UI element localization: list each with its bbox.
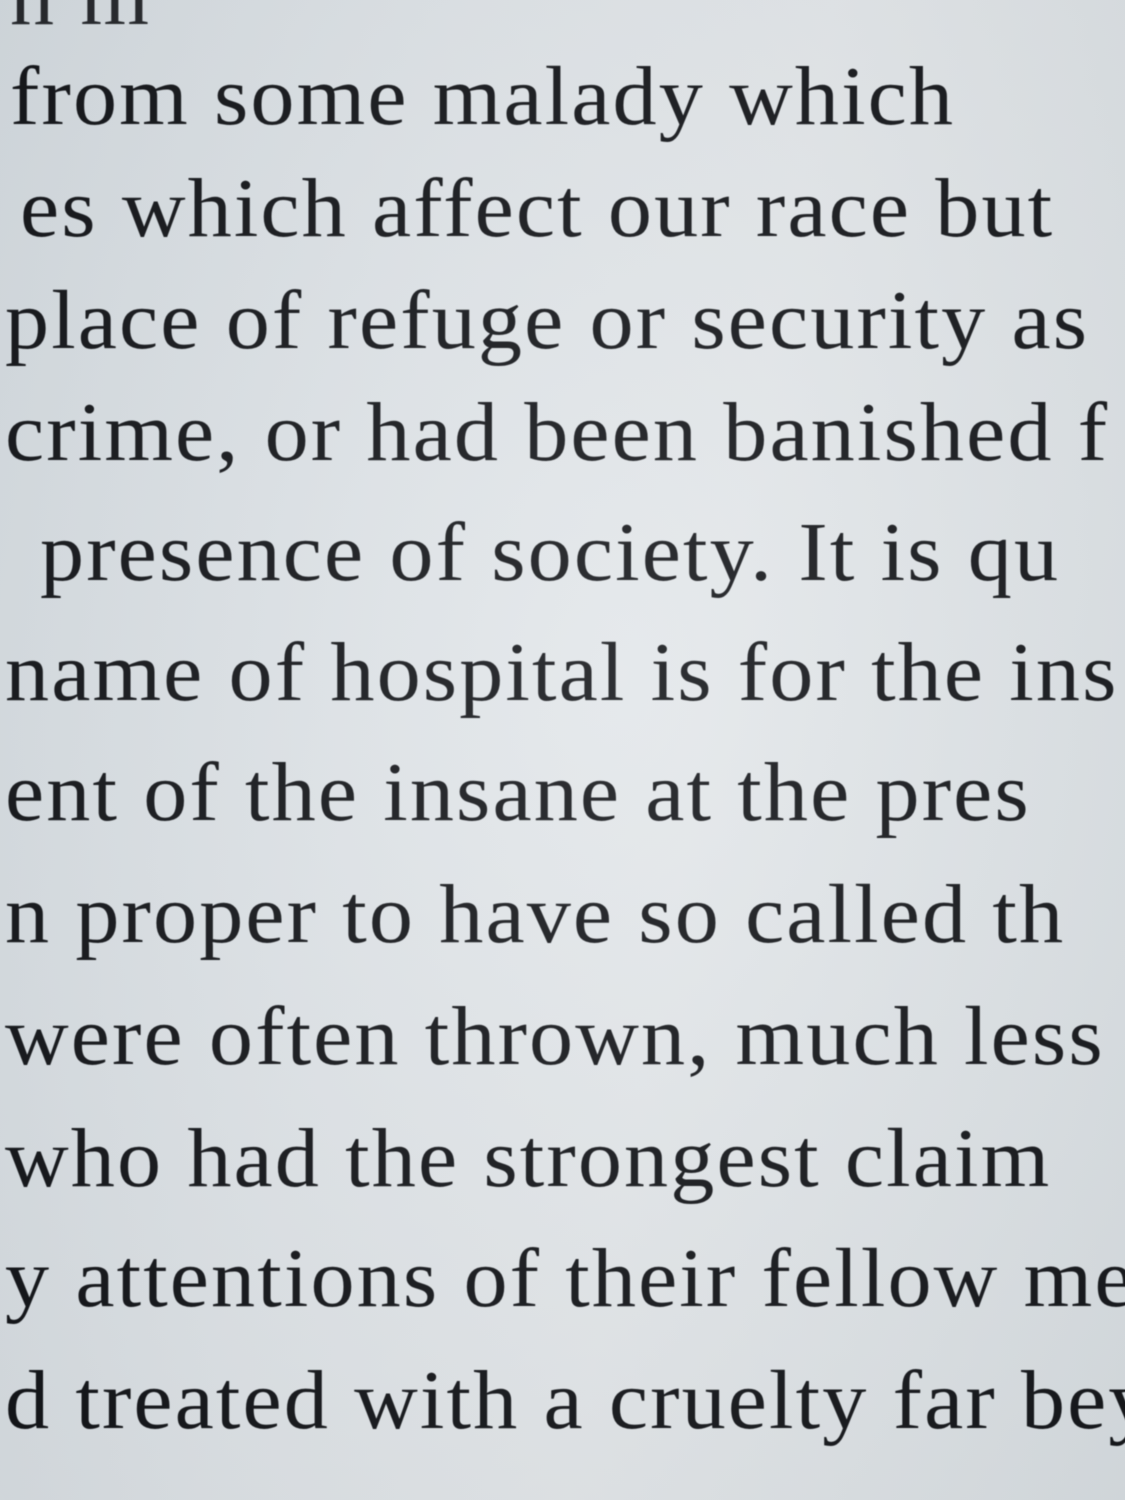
text-line-6: name of hospital is for the ins [5, 624, 1119, 721]
text-line-4: crime, or had been banished f [5, 384, 1109, 481]
text-line-7: ent of the insane at the pres [5, 744, 1031, 841]
text-line-11: y attentions of their fellow me [5, 1230, 1125, 1327]
text-line-1: from some malady which [10, 48, 955, 145]
text-line-2: es which affect our race but [20, 160, 1054, 257]
text-line-3: place of refuge or security as [5, 272, 1089, 369]
partial-top-line: n m [10, 0, 151, 45]
text-line-9: were often thrown, much less [5, 988, 1105, 1085]
text-line-12: d treated with a cruelty far bey [5, 1352, 1125, 1449]
text-line-10: who had the strongest claim [5, 1110, 1051, 1207]
text-line-5: presence of society. It is qu [40, 504, 1060, 601]
book-page-photo: n m from some malady which es which affe… [0, 0, 1125, 1500]
text-line-8: n proper to have so called th [5, 866, 1065, 963]
